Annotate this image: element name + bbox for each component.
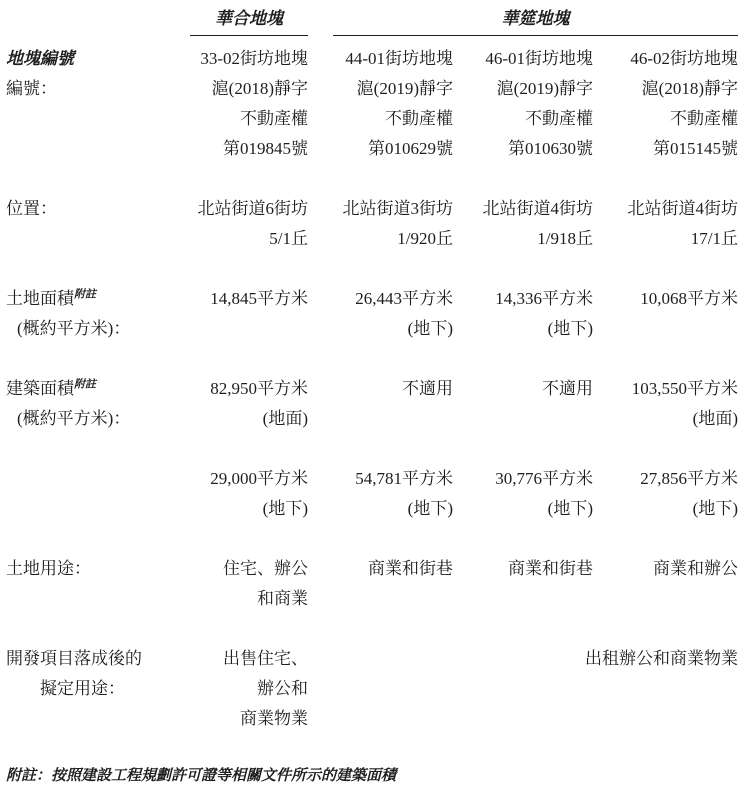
row-label: 地塊編號 編號： xyxy=(6,44,190,164)
cell-line: 44-01街坊地塊 xyxy=(308,44,453,74)
cell-line: 17/1丘 xyxy=(593,224,738,254)
row-label-text: 土地面積附註 xyxy=(6,284,190,314)
cell-line: 26,443平方米 xyxy=(308,284,453,314)
row-label-text: 開發項目落成後的 xyxy=(6,644,190,674)
cell-line: 29,000平方米 xyxy=(190,464,308,494)
cell-line: 1/918丘 xyxy=(453,224,593,254)
note-reference: 附註 xyxy=(74,378,96,390)
row-location: 位置： 北站街道6街坊5/1丘 北站街道3街坊1/920丘 北站街道4街坊1/9… xyxy=(6,194,740,254)
column-group-huahe: 華合地塊 xyxy=(190,6,308,36)
cell-line: 不適用 xyxy=(453,374,593,404)
footnote: 附註：按照建設工程規劃許可證等相關文件所示的建築面積 xyxy=(6,764,740,788)
table-cell: 北站街道4街坊17/1丘 xyxy=(593,194,738,254)
row-label-sub: 擬定用途： xyxy=(6,674,190,704)
cell-line: 住宅、辦公 xyxy=(190,554,308,584)
cell-line: 10,068平方米 xyxy=(593,284,738,314)
row-plot-number: 地塊編號 編號： 33-02街坊地塊滬(2018)靜字不動產權第019845號 … xyxy=(6,44,740,164)
cell-line: (地下) xyxy=(308,494,453,524)
row-label-sub: (概約平方米)： xyxy=(6,404,190,434)
table-cell: 商業和街巷 xyxy=(308,554,453,614)
document-page: 華合地塊 華筵地塊 地塊編號 編號： 33-02街坊地塊滬(2018)靜字不動產… xyxy=(0,0,740,795)
cell-line: 北站街道3街坊 xyxy=(308,194,453,224)
cell-line: 不動產權 xyxy=(593,104,738,134)
table-cell: 北站街道6街坊5/1丘 xyxy=(190,194,308,254)
cell-line: 第010630號 xyxy=(453,134,593,164)
cell-line: 46-02街坊地塊 xyxy=(593,44,738,74)
table-cell: 不適用 xyxy=(308,374,453,434)
cell-line: (地下) xyxy=(308,314,453,344)
column-group-huayan: 華筵地塊 xyxy=(333,6,738,36)
cell-line: 北站街道4街坊 xyxy=(593,194,738,224)
row-gfa-underground: 29,000平方米(地下) 54,781平方米(地下) 30,776平方米(地下… xyxy=(6,464,740,524)
row-label-empty xyxy=(6,464,190,524)
cell-line: 27,856平方米 xyxy=(593,464,738,494)
table-cell: 住宅、辦公和商業 xyxy=(190,554,308,614)
cell-line: 14,845平方米 xyxy=(190,284,308,314)
table-cell: 10,068平方米 xyxy=(593,284,738,344)
cell-line: (地面) xyxy=(190,404,308,434)
table-header: 華合地塊 華筵地塊 xyxy=(6,6,740,36)
cell-line: 103,550平方米 xyxy=(593,374,738,404)
table-cell: 46-01街坊地塊滬(2019)靜字不動產權第010630號 xyxy=(453,44,593,164)
cell-line: 商業物業 xyxy=(190,704,308,734)
row-label-main: 建築面積 xyxy=(6,379,74,398)
row-label-sub: (概約平方米)： xyxy=(6,314,190,344)
table-cell: 商業和街巷 xyxy=(453,554,593,614)
cell-line: 北站街道4街坊 xyxy=(453,194,593,224)
cell-line: 滬(2019)靜字 xyxy=(308,74,453,104)
row-label-text: 建築面積附註 xyxy=(6,374,190,404)
table-cell: 29,000平方米(地下) xyxy=(190,464,308,524)
row-label: 土地用途： xyxy=(6,554,190,614)
cell-line: (地下) xyxy=(593,494,738,524)
cell-line: 第010629號 xyxy=(308,134,453,164)
cell-line: 不動產權 xyxy=(190,104,308,134)
row-label-main: 土地面積 xyxy=(6,289,74,308)
table-cell: 14,336平方米(地下) xyxy=(453,284,593,344)
row-intended-use: 開發項目落成後的 擬定用途： 出售住宅、辦公和商業物業 出租辦公和商業物業 xyxy=(6,644,740,734)
cell-line: 54,781平方米 xyxy=(308,464,453,494)
table-cell: 26,443平方米(地下) xyxy=(308,284,453,344)
table-cell: 46-02街坊地塊滬(2018)靜字不動產權第015145號 xyxy=(593,44,738,164)
table-cell: 北站街道4街坊1/918丘 xyxy=(453,194,593,254)
row-label-term: 地塊編號 xyxy=(6,44,190,74)
table-cell-span: 出租辦公和商業物業 xyxy=(308,644,738,734)
table-cell: 44-01街坊地塊滬(2019)靜字不動產權第010629號 xyxy=(308,44,453,164)
cell-line: 商業和街巷 xyxy=(453,554,593,584)
cell-line: 商業和辦公 xyxy=(593,554,738,584)
table-cell: 不適用 xyxy=(453,374,593,434)
cell-line: 不動產權 xyxy=(308,104,453,134)
cell-line: 出租辦公和商業物業 xyxy=(308,644,738,674)
cell-line: 滬(2018)靜字 xyxy=(593,74,738,104)
cell-line: 1/920丘 xyxy=(308,224,453,254)
header-spacer xyxy=(6,6,190,36)
cell-line: (地面) xyxy=(593,404,738,434)
cell-line: 滬(2019)靜字 xyxy=(453,74,593,104)
table-cell: 33-02街坊地塊滬(2018)靜字不動產權第019845號 xyxy=(190,44,308,164)
table-cell: 82,950平方米(地面) xyxy=(190,374,308,434)
table-cell: 103,550平方米(地面) xyxy=(593,374,738,434)
table-cell: 北站街道3街坊1/920丘 xyxy=(308,194,453,254)
cell-line: 不動產權 xyxy=(453,104,593,134)
row-label-rest: 編號： xyxy=(6,74,190,104)
cell-line: 82,950平方米 xyxy=(190,374,308,404)
cell-line: 第015145號 xyxy=(593,134,738,164)
row-land-use: 土地用途： 住宅、辦公和商業 商業和街巷 商業和街巷 商業和辦公 xyxy=(6,554,740,614)
cell-line: 出售住宅、 xyxy=(190,644,308,674)
cell-line: 30,776平方米 xyxy=(453,464,593,494)
row-label-text: 位置： xyxy=(6,194,190,224)
row-label: 位置： xyxy=(6,194,190,254)
cell-line: (地下) xyxy=(453,494,593,524)
cell-line: (地下) xyxy=(453,314,593,344)
note-reference: 附註 xyxy=(74,288,96,300)
cell-line: 14,336平方米 xyxy=(453,284,593,314)
cell-line: 46-01街坊地塊 xyxy=(453,44,593,74)
cell-line: 和商業 xyxy=(190,584,308,614)
row-label-text: 土地用途： xyxy=(6,554,190,584)
table-cell: 27,856平方米(地下) xyxy=(593,464,738,524)
cell-line: 商業和街巷 xyxy=(308,554,453,584)
cell-line: 不適用 xyxy=(308,374,453,404)
row-label: 建築面積附註 (概約平方米)： xyxy=(6,374,190,434)
table-cell: 商業和辦公 xyxy=(593,554,738,614)
cell-line: 33-02街坊地塊 xyxy=(190,44,308,74)
table-cell: 14,845平方米 xyxy=(190,284,308,344)
cell-line: 5/1丘 xyxy=(190,224,308,254)
table-cell: 出售住宅、辦公和商業物業 xyxy=(190,644,308,734)
row-label: 開發項目落成後的 擬定用途： xyxy=(6,644,190,734)
table-cell: 30,776平方米(地下) xyxy=(453,464,593,524)
row-site-area: 土地面積附註 (概約平方米)： 14,845平方米 26,443平方米(地下) … xyxy=(6,284,740,344)
row-label: 土地面積附註 (概約平方米)： xyxy=(6,284,190,344)
row-gfa: 建築面積附註 (概約平方米)： 82,950平方米(地面) 不適用 不適用 10… xyxy=(6,374,740,434)
cell-line: (地下) xyxy=(190,494,308,524)
cell-line: 辦公和 xyxy=(190,674,308,704)
cell-line: 滬(2018)靜字 xyxy=(190,74,308,104)
cell-line: 北站街道6街坊 xyxy=(190,194,308,224)
table-cell: 54,781平方米(地下) xyxy=(308,464,453,524)
cell-line: 第019845號 xyxy=(190,134,308,164)
